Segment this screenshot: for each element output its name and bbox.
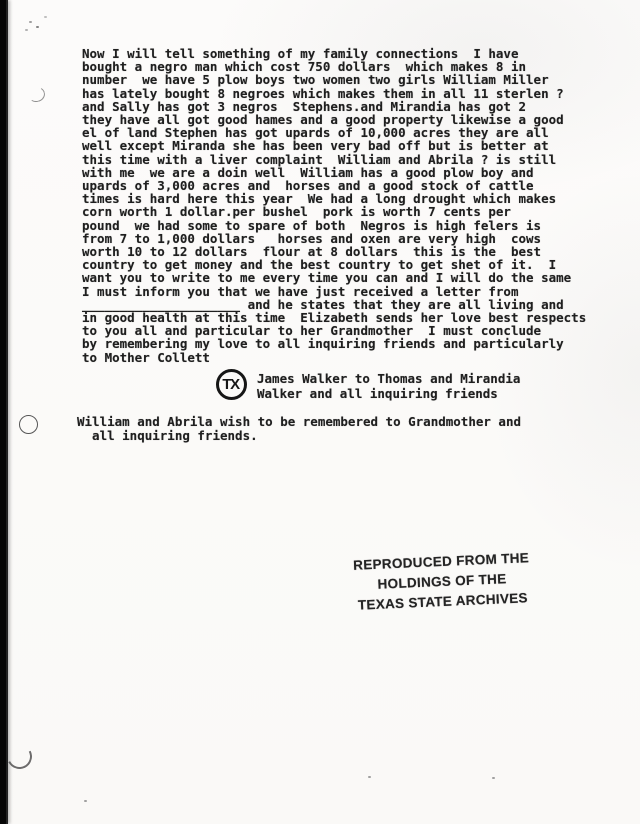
scan-speckle <box>492 777 495 779</box>
scanner-edge-strip <box>0 0 8 824</box>
archives-stamp: REPRODUCED FROM THE HOLDINGS OF THE TEXA… <box>350 548 534 616</box>
scan-speckle <box>84 800 87 802</box>
postscript-text: William and Abrila wish to be remembered… <box>77 415 521 443</box>
hole-punch-mark-top <box>19 415 38 434</box>
scan-speckle <box>368 776 371 778</box>
tx-stamp-badge: TX <box>216 369 247 400</box>
attribution-text: James Walker to Thomas and Mirandia Walk… <box>257 372 520 401</box>
pencil-speckle <box>36 26 39 28</box>
letter-body-text: Now I will tell something of my family c… <box>82 47 586 364</box>
scanned-letter-page: Now I will tell something of my family c… <box>0 0 640 824</box>
pencil-speckle <box>25 29 28 31</box>
pencil-speckle <box>44 16 47 18</box>
pencil-speckle <box>29 21 32 23</box>
tx-stamp-label: TX <box>222 376 238 393</box>
pencil-hook-mark <box>27 85 47 103</box>
hole-punch-mark-bottom <box>4 741 36 773</box>
